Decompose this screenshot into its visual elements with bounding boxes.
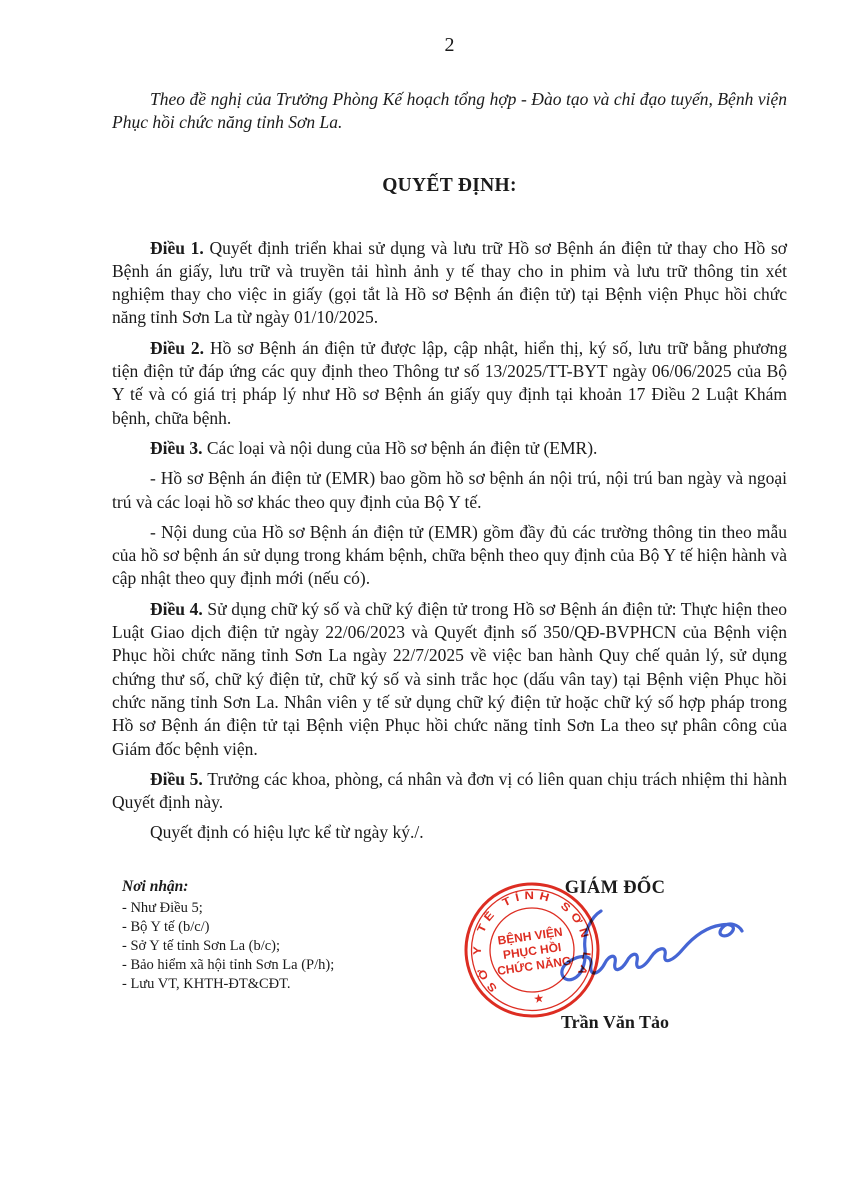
article-4: Điều 4. Sử dụng chữ ký số và chữ ký điện…	[112, 598, 787, 761]
document-content: 2 Theo đề nghị của Trưởng Phòng Kế hoạch…	[0, 0, 849, 845]
signer-name: Trần Văn Tảo	[455, 1012, 775, 1033]
document-page: 2 Theo đề nghị của Trưởng Phòng Kế hoạch…	[0, 0, 849, 1200]
doc-title: QUYẾT ĐỊNH:	[112, 175, 787, 197]
signature-footer: Nơi nhận: - Như Điều 5; - Bộ Y tế (b/c/)…	[0, 875, 849, 1155]
article-1: Điều 1. Quyết định triển khai sử dụng và…	[112, 237, 787, 330]
body-text: Điều 1. Quyết định triển khai sử dụng và…	[112, 237, 787, 845]
article-4-text: Sử dụng chữ ký số và chữ ký điện tử tron…	[112, 599, 787, 759]
article-3: Điều 3. Các loại và nội dung của Hồ sơ b…	[112, 437, 787, 460]
article-5-text: Trưởng các khoa, phòng, cá nhân và đơn v…	[112, 769, 787, 812]
recipient-item: - Sở Y tế tỉnh Sơn La (b/c);	[122, 937, 334, 956]
recipient-item: - Lưu VT, KHTH-ĐT&CĐT.	[122, 975, 334, 994]
article-3-text: Các loại và nội dung của Hồ sơ bệnh án đ…	[207, 438, 598, 458]
effective-date-text: Quyết định có hiệu lực kể từ ngày ký./.	[150, 822, 424, 842]
article-3-item-2-text: - Nội dung của Hồ sơ Bệnh án điện tử (EM…	[112, 522, 787, 589]
article-1-label: Điều 1.	[150, 238, 209, 258]
article-5: Điều 5. Trưởng các khoa, phòng, cá nhân …	[112, 768, 787, 815]
recipients-block: Nơi nhận: - Như Điều 5; - Bộ Y tế (b/c/)…	[122, 877, 334, 994]
recipient-item: - Bảo hiểm xã hội tỉnh Sơn La (P/h);	[122, 956, 334, 975]
article-2-label: Điều 2.	[150, 338, 210, 358]
effective-date-clause: Quyết định có hiệu lực kể từ ngày ký./.	[112, 821, 787, 844]
preamble: Theo đề nghị của Trưởng Phòng Kế hoạch t…	[112, 88, 787, 135]
recipient-item: - Bộ Y tế (b/c/)	[122, 918, 334, 937]
article-4-label: Điều 4.	[150, 599, 207, 619]
article-2: Điều 2. Hồ sơ Bệnh án điện tử được lập, …	[112, 337, 787, 430]
signature-ink	[543, 903, 748, 991]
article-3-item-2: - Nội dung của Hồ sơ Bệnh án điện tử (EM…	[112, 521, 787, 591]
article-3-item-1: - Hồ sơ Bệnh án điện tử (EMR) bao gồm hồ…	[112, 467, 787, 514]
article-3-item-1-text: - Hồ sơ Bệnh án điện tử (EMR) bao gồm hồ…	[112, 468, 787, 511]
stamp-star-icon: ★	[533, 991, 546, 1006]
sign-block: GIÁM ĐỐC SỞ Y TẾ TỈNH SƠN LA BỆNH VIỆN P…	[455, 875, 785, 1105]
page-number: 2	[112, 34, 787, 57]
recipient-item: - Như Điều 5;	[122, 899, 334, 918]
article-3-label: Điều 3.	[150, 438, 207, 458]
article-1-text: Quyết định triển khai sử dụng và lưu trữ…	[112, 238, 787, 328]
recipients-heading: Nơi nhận:	[122, 877, 334, 896]
article-5-label: Điều 5.	[150, 769, 207, 789]
article-2-text: Hồ sơ Bệnh án điện tử được lập, cập nhật…	[112, 338, 787, 428]
signature-stroke	[562, 911, 742, 980]
